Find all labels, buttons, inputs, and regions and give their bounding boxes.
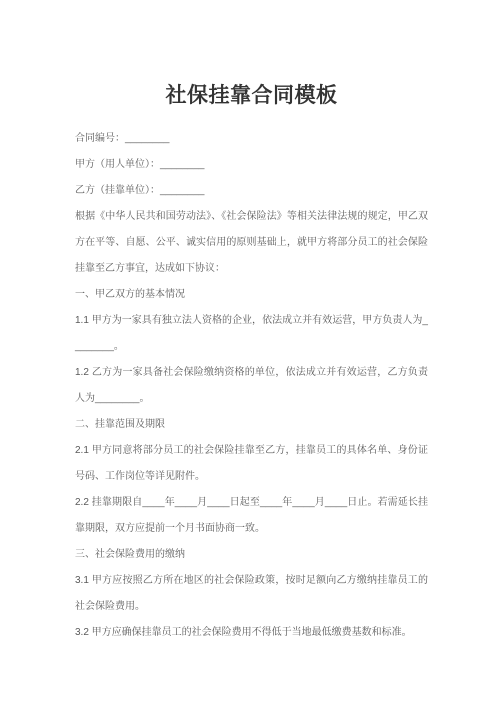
- field-contract-number: 合同编号：________: [75, 126, 428, 152]
- clause-3-1: 3.1 甲方应按照乙方所在地区的社会保险政策，按时足额向乙方缴纳挂靠员工的社会保…: [75, 568, 428, 620]
- clause-1-2: 1.2 乙方为一家具备社会保险缴纳资格的单位，依法成立并有效运营，乙方负责人为_…: [75, 360, 428, 412]
- section-heading-3: 三、社会保险费用的缴纳: [75, 542, 428, 568]
- clause-2-2: 2.2 挂靠期限自____年____月____日起至____年____月____…: [75, 490, 428, 542]
- field-party-b: 乙方（挂靠单位）：________: [75, 178, 428, 204]
- clause-1-1: 1.1 甲方为一家具有独立法人资格的企业，依法成立并有效运营，甲方负责人为___…: [75, 308, 428, 360]
- section-heading-2: 二、挂靠范围及期限: [75, 412, 428, 438]
- page-title: 社保挂靠合同模板: [75, 80, 428, 112]
- clause-2-1: 2.1 甲方同意将部分员工的社会保险挂靠至乙方，挂靠员工的具体名单、身份证号码、…: [75, 438, 428, 490]
- contract-document: 社保挂靠合同模板 合同编号：________ 甲方（用人单位）：________…: [0, 0, 500, 707]
- section-heading-1: 一、甲乙双方的基本情况: [75, 282, 428, 308]
- clause-3-2: 3.2 甲方应确保挂靠员工的社会保险费用不得低于当地最低缴费基数和标准。: [75, 620, 428, 646]
- preamble-paragraph: 根据《中华人民共和国劳动法》、《社会保险法》等相关法律法规的规定，甲乙双方在平等…: [75, 204, 428, 282]
- field-party-a: 甲方（用人单位）：________: [75, 152, 428, 178]
